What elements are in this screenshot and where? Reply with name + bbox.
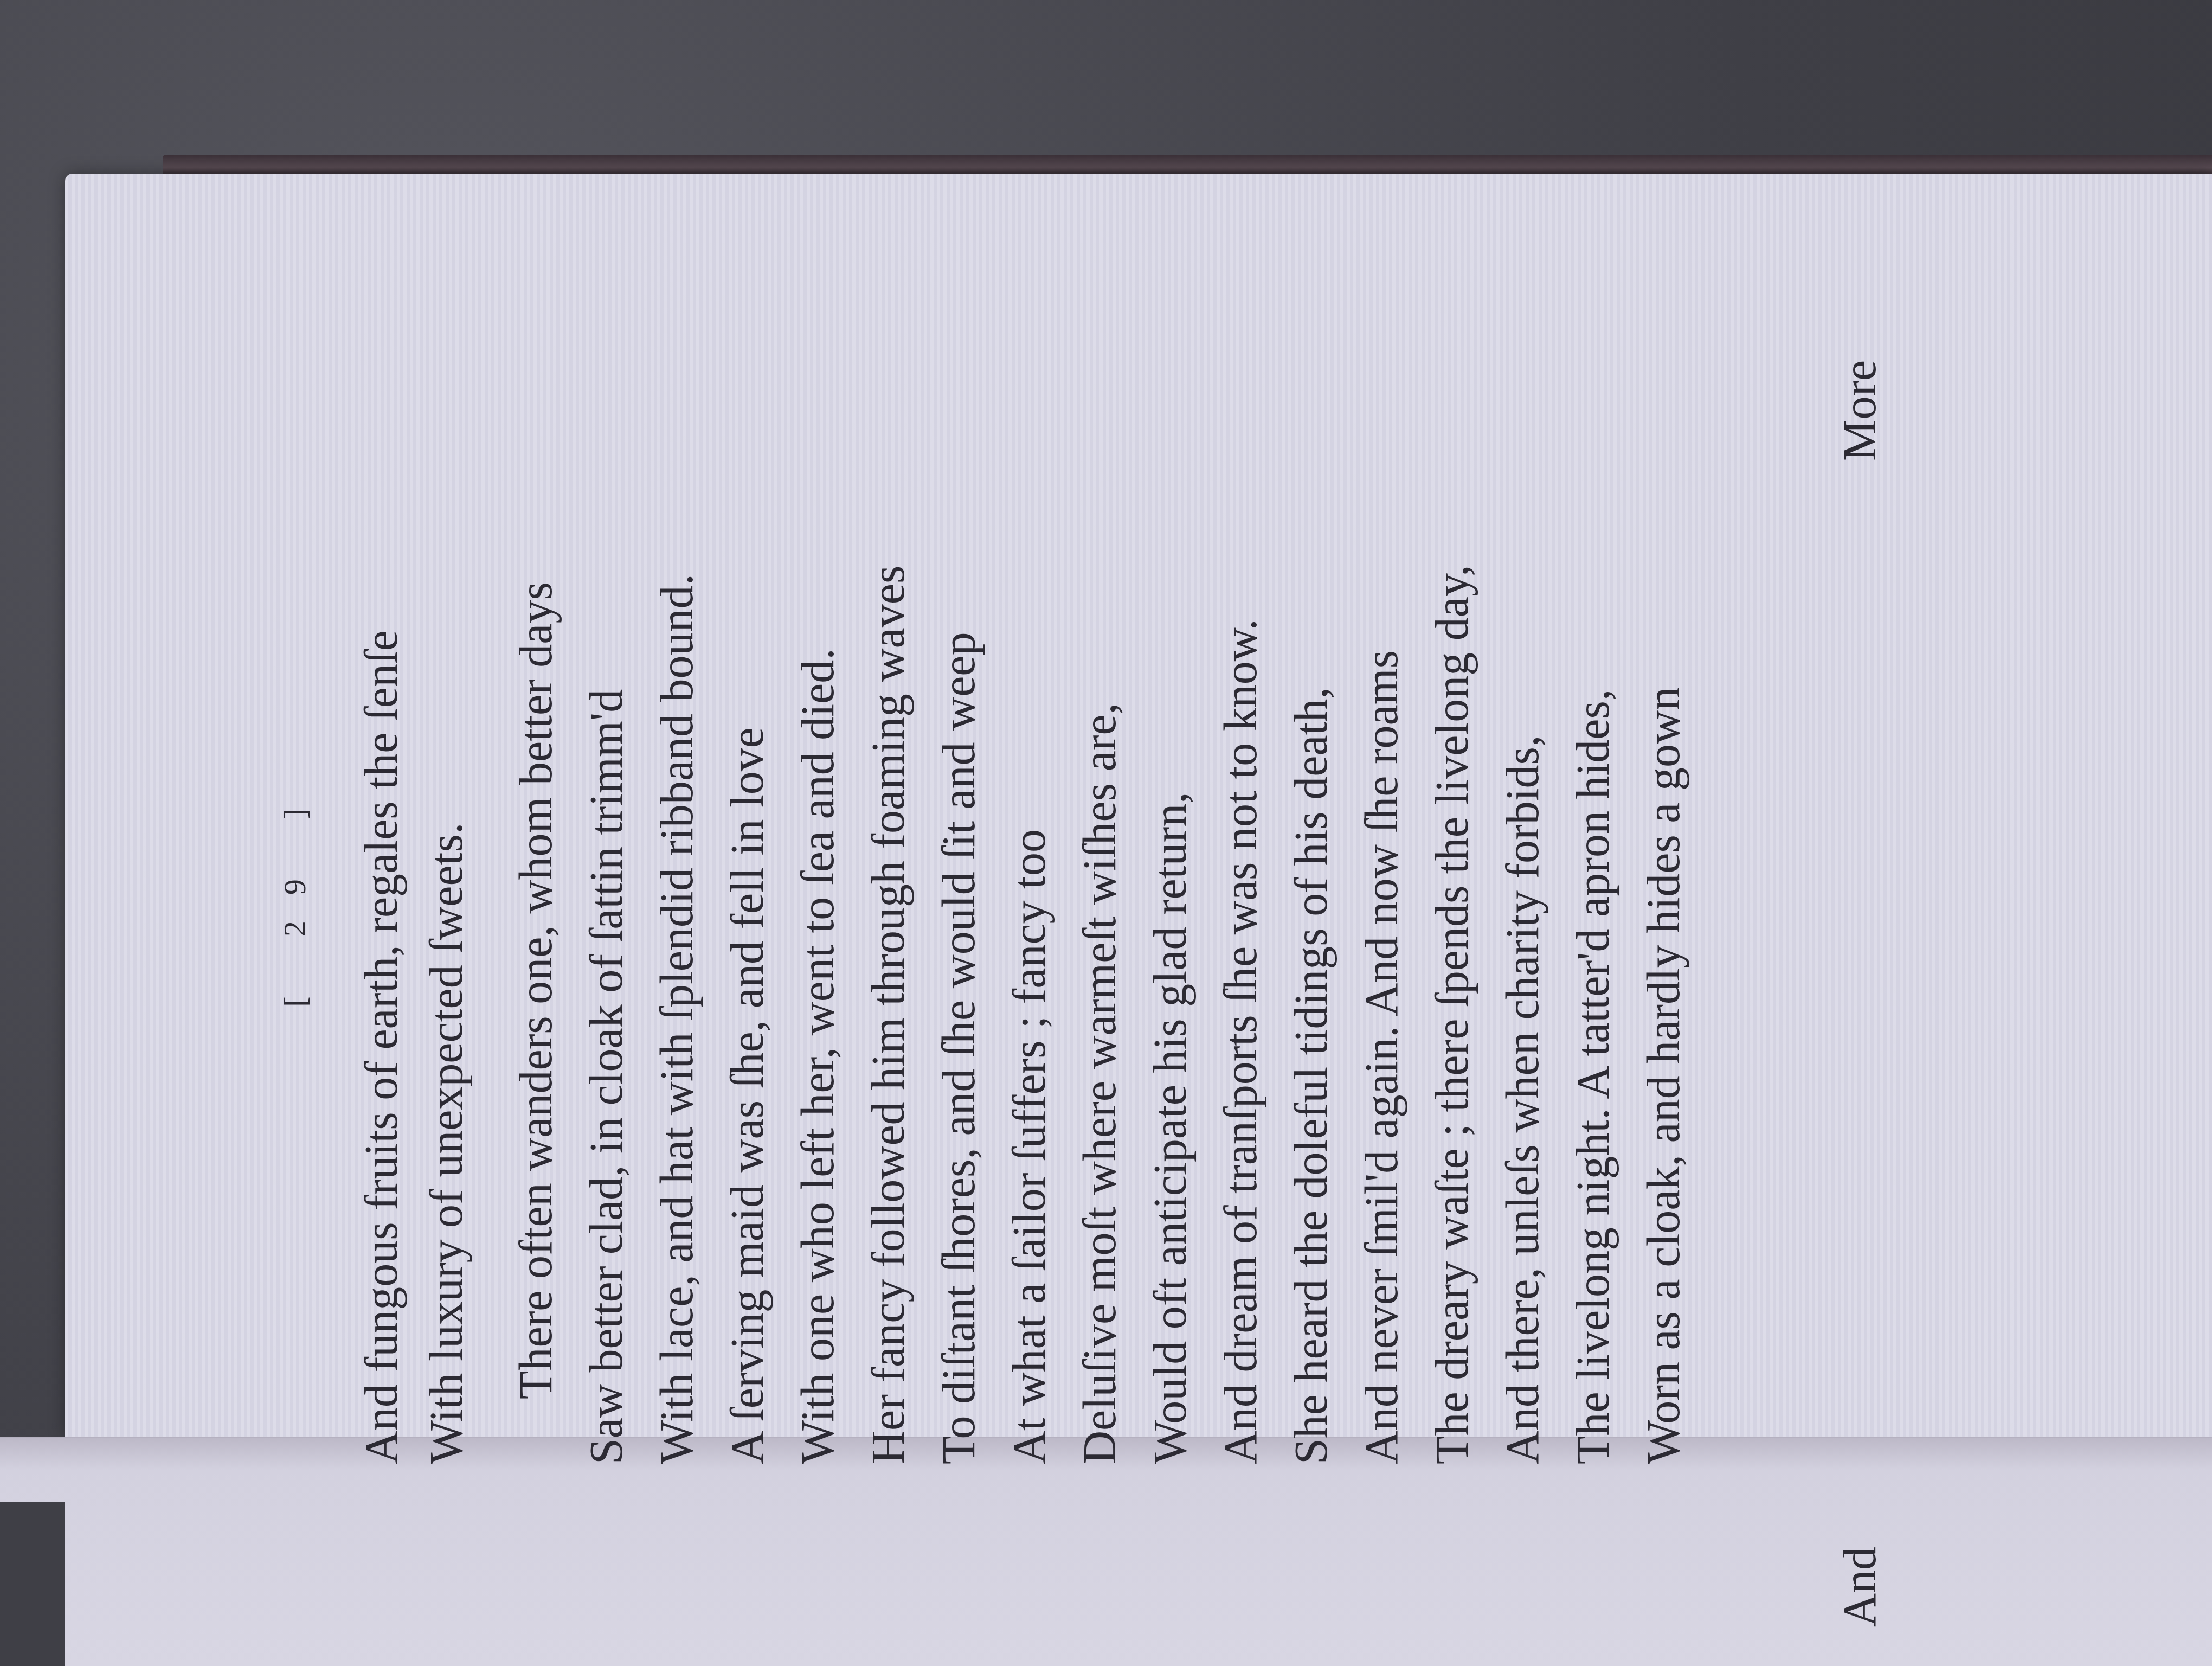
verse-line: A ſerving maid was ſhe, and fell in love bbox=[724, 727, 770, 1464]
catchword-left: And bbox=[1832, 1547, 1887, 1627]
verse-line: There often wanders one, whom better day… bbox=[512, 582, 559, 1399]
verse-line: With lace, and hat with ſplendid ribband… bbox=[653, 574, 700, 1464]
verse-line: With one who left her, went to ſea and d… bbox=[794, 648, 841, 1464]
verse-line: With luxury of unexpected ſweets. bbox=[423, 823, 470, 1464]
verse-line: Would oft anticipate his glad return, bbox=[1147, 792, 1193, 1464]
verse-line: The livelong night. A tatter'd apron hid… bbox=[1570, 689, 1616, 1464]
verse-line: The dreary waſte ; there ſpends the live… bbox=[1429, 565, 1475, 1464]
verse-line: She heard the doleful tidings of his dea… bbox=[1288, 687, 1334, 1464]
verse-line: To diſtant ſhores, and ſhe would ſit and… bbox=[935, 632, 982, 1464]
verse-line: Deluſive moſt where warmeſt wiſhes are, bbox=[1076, 703, 1123, 1464]
verse-line: And there, unleſs when charity forbids, bbox=[1499, 735, 1546, 1464]
page-text-block: [ 29 ] And fungous fruits of earth, rega… bbox=[282, 325, 1908, 1464]
book-cover-edge bbox=[163, 155, 2212, 176]
verse-line: And fungous fruits of earth, regales the… bbox=[358, 630, 404, 1464]
verse-line: Saw better clad, in cloak of ſattin trim… bbox=[583, 689, 629, 1464]
verse-line: And dream of tranſports ſhe was not to k… bbox=[1217, 619, 1264, 1464]
background-corner bbox=[0, 1502, 65, 1666]
page-number: [ 29 ] bbox=[276, 325, 313, 1464]
verse-line: And never ſmil'd again. And now ſhe roam… bbox=[1358, 650, 1405, 1464]
verse-line: Her fancy followed him through foaming w… bbox=[865, 566, 911, 1464]
verse-line: At what a ſailor ſuffers ; fancy too bbox=[1006, 829, 1052, 1464]
catchword-right: More bbox=[1832, 360, 1887, 461]
verse-line: Worn as a cloak, and hardly hides a gown bbox=[1640, 687, 1687, 1464]
